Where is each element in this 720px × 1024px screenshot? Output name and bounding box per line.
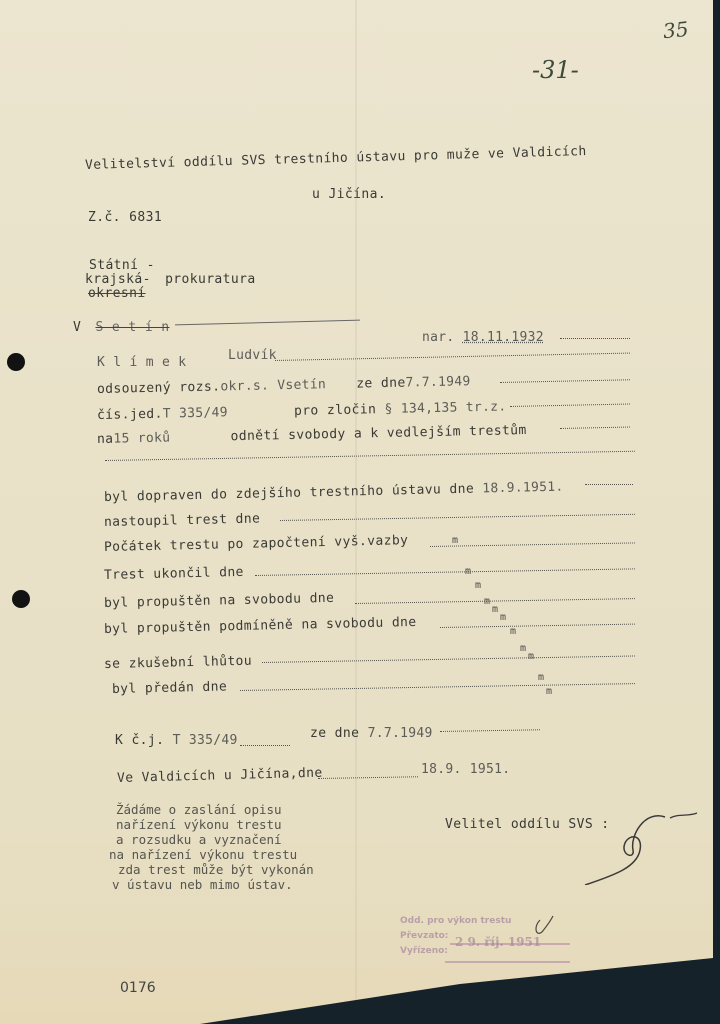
- stamp-line-2: Převzato:: [400, 931, 448, 941]
- case-label: čís.jed.: [97, 407, 163, 423]
- addressee-okresni-struck: okresní: [88, 286, 146, 301]
- born-label: nar.: [422, 330, 455, 345]
- mark-m-1: m: [452, 535, 458, 546]
- signature-scribble: [575, 805, 705, 885]
- born-date: nar. 18.11.1932: [422, 330, 544, 345]
- addressee-place: V S e t í n: [73, 320, 170, 335]
- sentence-label: na: [97, 432, 114, 447]
- ref-date-label: ze dne: [310, 726, 359, 741]
- punch-hole-bottom: [12, 590, 30, 608]
- status-ended: Trest ukončil dne: [104, 565, 244, 583]
- case-value: T 335/49: [163, 405, 228, 421]
- reference-number: Z.č. 6831: [88, 210, 162, 225]
- punch-hole-top: [7, 353, 25, 371]
- stamp-rule-2: [445, 961, 570, 963]
- sentence-dots: [560, 427, 630, 429]
- convicted-label: odsouzený rozs.: [97, 379, 221, 397]
- convicted-by-row: odsouzený rozs.okr.s. Vsetín ze dne7.7.1…: [97, 374, 471, 397]
- institution-line-2: u Jičína.: [312, 187, 386, 202]
- request-line-1: Žádáme o zaslání opisu: [116, 802, 314, 817]
- mark-m-5: m: [492, 604, 498, 615]
- document-page: 35 -31- Velitelství oddílu SVS trestního…: [0, 0, 713, 1024]
- status-started: nastoupil trest dne: [104, 511, 261, 530]
- request-note: Žádáme o zaslání opisu nařízení výkonu t…: [112, 802, 314, 892]
- status-handed-over: byl předán dne: [112, 679, 227, 697]
- person-given-name: Ludvík: [228, 348, 277, 363]
- place-struck: S e t í n: [95, 320, 169, 335]
- request-line-4: na nařízení výkonu trestu: [109, 847, 314, 862]
- started-dots: [280, 514, 635, 521]
- case-dots: [510, 403, 630, 407]
- probation-dots: [262, 655, 635, 663]
- sentence-type-label: odnětí svobody a k vedlejším trestům: [230, 423, 526, 444]
- request-line-5: zda trest může být vykonán: [118, 862, 314, 877]
- handed-over-dots: [240, 683, 635, 691]
- addressee-line-1: Státní -: [89, 258, 155, 273]
- ended-dots: [255, 568, 635, 576]
- sentence-value: 15 roků: [113, 430, 170, 446]
- conditional-dots: [440, 624, 635, 628]
- sentence-date-value: 7.7.1949: [405, 374, 470, 390]
- transported-dots: [585, 484, 633, 485]
- status-beginning: Počátek trestu po započtení vyš.vazby: [104, 533, 409, 555]
- stamp-line-1: Odd. pro výkon trestu: [400, 916, 511, 926]
- place-date-value: 18.9. 1951.: [421, 762, 510, 777]
- sentence-row: na15 roků odnětí svobody a k vedlejším t…: [97, 423, 527, 447]
- ref-date-dots: [440, 729, 540, 732]
- status-conditional: byl propuštěn podmíněně na svobodu dne: [104, 615, 417, 637]
- archive-number: 0176: [120, 980, 156, 996]
- status-released: byl propuštěn na svobodu dne: [104, 591, 335, 611]
- mark-m-7: m: [510, 626, 516, 637]
- status-transported: byl dopraven do zdejšího trestního ústav…: [104, 480, 564, 505]
- mark-m-3: m: [475, 580, 481, 591]
- request-line-6: v ústavu neb mimo ústav.: [112, 877, 314, 892]
- case-number-row: čís.jed.T 335/49 pro zločin § 134,135 tr…: [97, 399, 507, 423]
- transported-value: 18.9.1951.: [482, 480, 564, 497]
- beginning-dots: [430, 542, 635, 547]
- crime-value: § 134,135 tr.z.: [384, 399, 506, 417]
- request-line-3: a rozsudku a vyznačení: [116, 832, 314, 847]
- transported-label: byl dopraven do zdejšího trestního ústav…: [104, 482, 474, 505]
- page-number: -31-: [532, 56, 579, 84]
- mark-m-11: m: [546, 686, 552, 697]
- ref-label: K č.j.: [115, 733, 164, 748]
- status-probation: se zkušební lhůtou: [104, 654, 252, 672]
- convicted-dots: [500, 379, 630, 383]
- addressee-krajska: krajská-: [85, 272, 151, 287]
- institution-line-1: Velitelství oddílu SVS trestního ústavu …: [85, 144, 587, 173]
- name-dots: [275, 353, 630, 361]
- addressee-line-2: krajská- prokuratura: [85, 272, 256, 287]
- born-dots: [560, 338, 630, 339]
- place-date-label: Ve Valdicích u Jičína,dne: [117, 766, 323, 786]
- place-prefix: V: [73, 320, 81, 335]
- ref-date-row: ze dne 7.7.1949: [310, 726, 433, 741]
- mark-m-6: m: [500, 612, 506, 623]
- place-date-dots: [318, 776, 418, 779]
- addressee-prokuratura: prokuratura: [165, 272, 256, 287]
- strike-line: [175, 320, 360, 326]
- date-label: ze dne: [356, 376, 406, 392]
- ref-value: T 335/49: [173, 733, 238, 748]
- stamp-initials: [528, 912, 558, 952]
- court-value: okr.s. Vsetín: [220, 377, 326, 394]
- reference-row: K č.j. T 335/49: [115, 733, 238, 748]
- born-value: 18.11.1932: [463, 330, 544, 345]
- mark-m-8: m: [520, 643, 526, 654]
- ref-date-value: 7.7.1949: [368, 726, 433, 741]
- person-surname: K l í m e k: [97, 355, 186, 370]
- ref-dots: [240, 745, 290, 746]
- folio-number: 35: [662, 17, 690, 44]
- crime-label: pro zločin: [294, 402, 377, 419]
- mark-m-10: m: [538, 672, 544, 683]
- blank-dots-1: [105, 451, 635, 461]
- request-line-2: nařízení výkonu trestu: [116, 817, 314, 832]
- stamp-line-3: Vyřízeno:: [400, 946, 448, 956]
